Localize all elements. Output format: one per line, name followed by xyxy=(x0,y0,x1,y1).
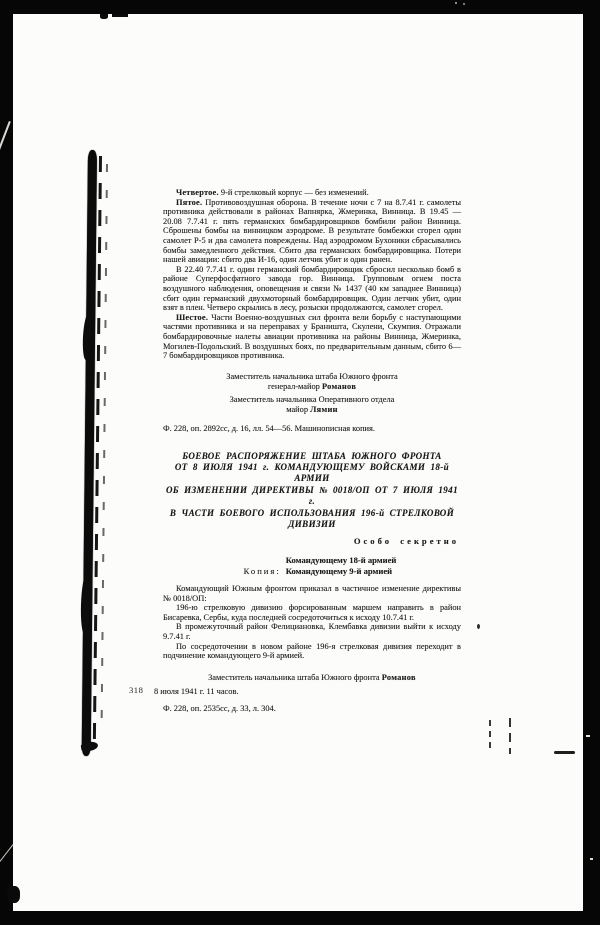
ink-dash-mark xyxy=(554,751,575,754)
signature-rank: майор xyxy=(286,405,308,414)
signature-name-line: генерал-майор Романов xyxy=(163,382,461,392)
title-line: БОЕВОЕ РАСПОРЯЖЕНИЕ ШТАБА ЮЖНОГО ФРОНТА xyxy=(163,451,461,462)
ink-blob xyxy=(80,741,98,753)
title-line: ДИВИЗИИ xyxy=(163,519,461,530)
title-line: ОБ ИЗМЕНЕНИИ ДИРЕКТИВЫ № 0018/ОП ОТ 7 ИЮ… xyxy=(163,485,461,508)
paragraph-text: 196-ю стрелковую дивизию форсированным м… xyxy=(163,603,461,622)
signature-line: Заместитель начальника штаба Южного фрон… xyxy=(163,673,461,683)
paragraph-fifth: Пятое. Противовоздушная оборона. В течен… xyxy=(163,198,461,265)
title-line: В ЧАСТИ БОЕВОГО ИСПОЛЬЗОВАНИЯ 196-й СТРЕ… xyxy=(163,508,461,519)
signature-role: Заместитель начальника штаба Южного фрон… xyxy=(208,673,380,682)
signature-name: Романов xyxy=(382,673,416,682)
paragraph-text: Части Военно-воздушных сил фронта вели б… xyxy=(163,313,461,360)
document-page: Четвертое. 9-й стрелковый корпус — без и… xyxy=(13,14,583,911)
ink-drip xyxy=(100,14,108,19)
paragraph-text: 9-й стрелковый корпус — без изменений. xyxy=(221,188,369,197)
addressee-block: Командующему 18-й армией Копия: Командую… xyxy=(244,555,397,577)
ink-drip xyxy=(112,14,128,17)
signature-block-operations: Заместитель начальника Оперативного отде… xyxy=(163,395,461,415)
scan-speck xyxy=(590,858,593,860)
text-column: Четвертое. 9-й стрелковый корпус — без и… xyxy=(163,188,461,714)
scan-scratch xyxy=(0,121,10,157)
paragraph-text: Командующий Южным фронтом приказал в час… xyxy=(163,584,461,603)
paragraph-fifth-continued: В 22.40 7.7.41 г. один германский бомбар… xyxy=(163,265,461,313)
scan-background: Четвертое. 9-й стрелковый корпус — без и… xyxy=(0,0,600,925)
scan-scratch xyxy=(0,844,14,867)
order-paragraph-intro: Командующий Южным фронтом приказал в час… xyxy=(163,584,461,603)
signature-name: Романов xyxy=(322,382,356,391)
archive-reference: Ф. 228, оп. 2535сс, д. 33, л. 304. xyxy=(163,704,461,714)
archive-reference: Ф. 228, оп. 2892сс, д. 16, лл. 54—56. Ма… xyxy=(163,424,461,434)
signature-role: Заместитель начальника Оперативного отде… xyxy=(163,395,461,405)
scan-speck xyxy=(586,735,590,737)
signature-name-line: майор Лямин xyxy=(163,405,461,415)
signature-role: Заместитель начальника штаба Южного фрон… xyxy=(163,372,461,382)
paragraph-text: По сосредоточении в новом районе 196-я с… xyxy=(163,642,461,661)
signature-name: Лямин xyxy=(310,405,338,414)
signature-block-chief-of-staff: Заместитель начальника штаба Южного фрон… xyxy=(163,372,461,392)
classification-stamp: Особо секретно xyxy=(163,537,461,547)
addressee-copy-label: Копия: xyxy=(244,566,281,577)
addressee-copy: Командующему 9-й армией xyxy=(286,566,397,577)
ink-speck xyxy=(477,624,480,629)
order-paragraph-3: По сосредоточении в новом районе 196-я с… xyxy=(163,642,461,661)
order-paragraph-2: В промежуточный район Фелициановка, Клем… xyxy=(163,622,461,641)
paragraph-fourth: Четвертое. 9-й стрелковый корпус — без и… xyxy=(163,188,461,198)
order-paragraph-1: 196-ю стрелковую дивизию форсированным м… xyxy=(163,603,461,622)
paragraph-sixth: Шестое. Части Военно-воздушных сил фронт… xyxy=(163,313,461,361)
paragraph-lead: Пятое. xyxy=(176,198,202,207)
title-line: ОТ 8 ИЮЛЯ 1941 г. КОМАНДУЮЩЕМУ ВОЙСКАМИ … xyxy=(163,462,461,485)
signature-rank: генерал-майор xyxy=(268,382,320,391)
gutter-dash-line xyxy=(101,164,108,734)
ink-dash-mark xyxy=(509,718,511,754)
paragraph-lead: Шестое. xyxy=(176,313,208,322)
paragraph-text: Противовоздушная оборона. В течение ночи… xyxy=(163,198,461,265)
ink-blob xyxy=(7,886,20,903)
page-number: 318 xyxy=(129,685,143,695)
dateline: 8 июля 1941 г. 11 часов. xyxy=(154,687,461,697)
addressee-primary: Командующему 18-й армией xyxy=(286,555,397,566)
scan-speck xyxy=(463,3,465,5)
scan-speck xyxy=(455,2,457,4)
ink-dash-mark xyxy=(489,720,491,752)
paragraph-text: В 22.40 7.7.41 г. один германский бомбар… xyxy=(163,265,461,312)
document-title: БОЕВОЕ РАСПОРЯЖЕНИЕ ШТАБА ЮЖНОГО ФРОНТА … xyxy=(163,451,461,531)
paragraph-text: В промежуточный район Фелициановка, Клем… xyxy=(163,622,461,641)
paragraph-lead: Четвертое. xyxy=(176,188,219,197)
